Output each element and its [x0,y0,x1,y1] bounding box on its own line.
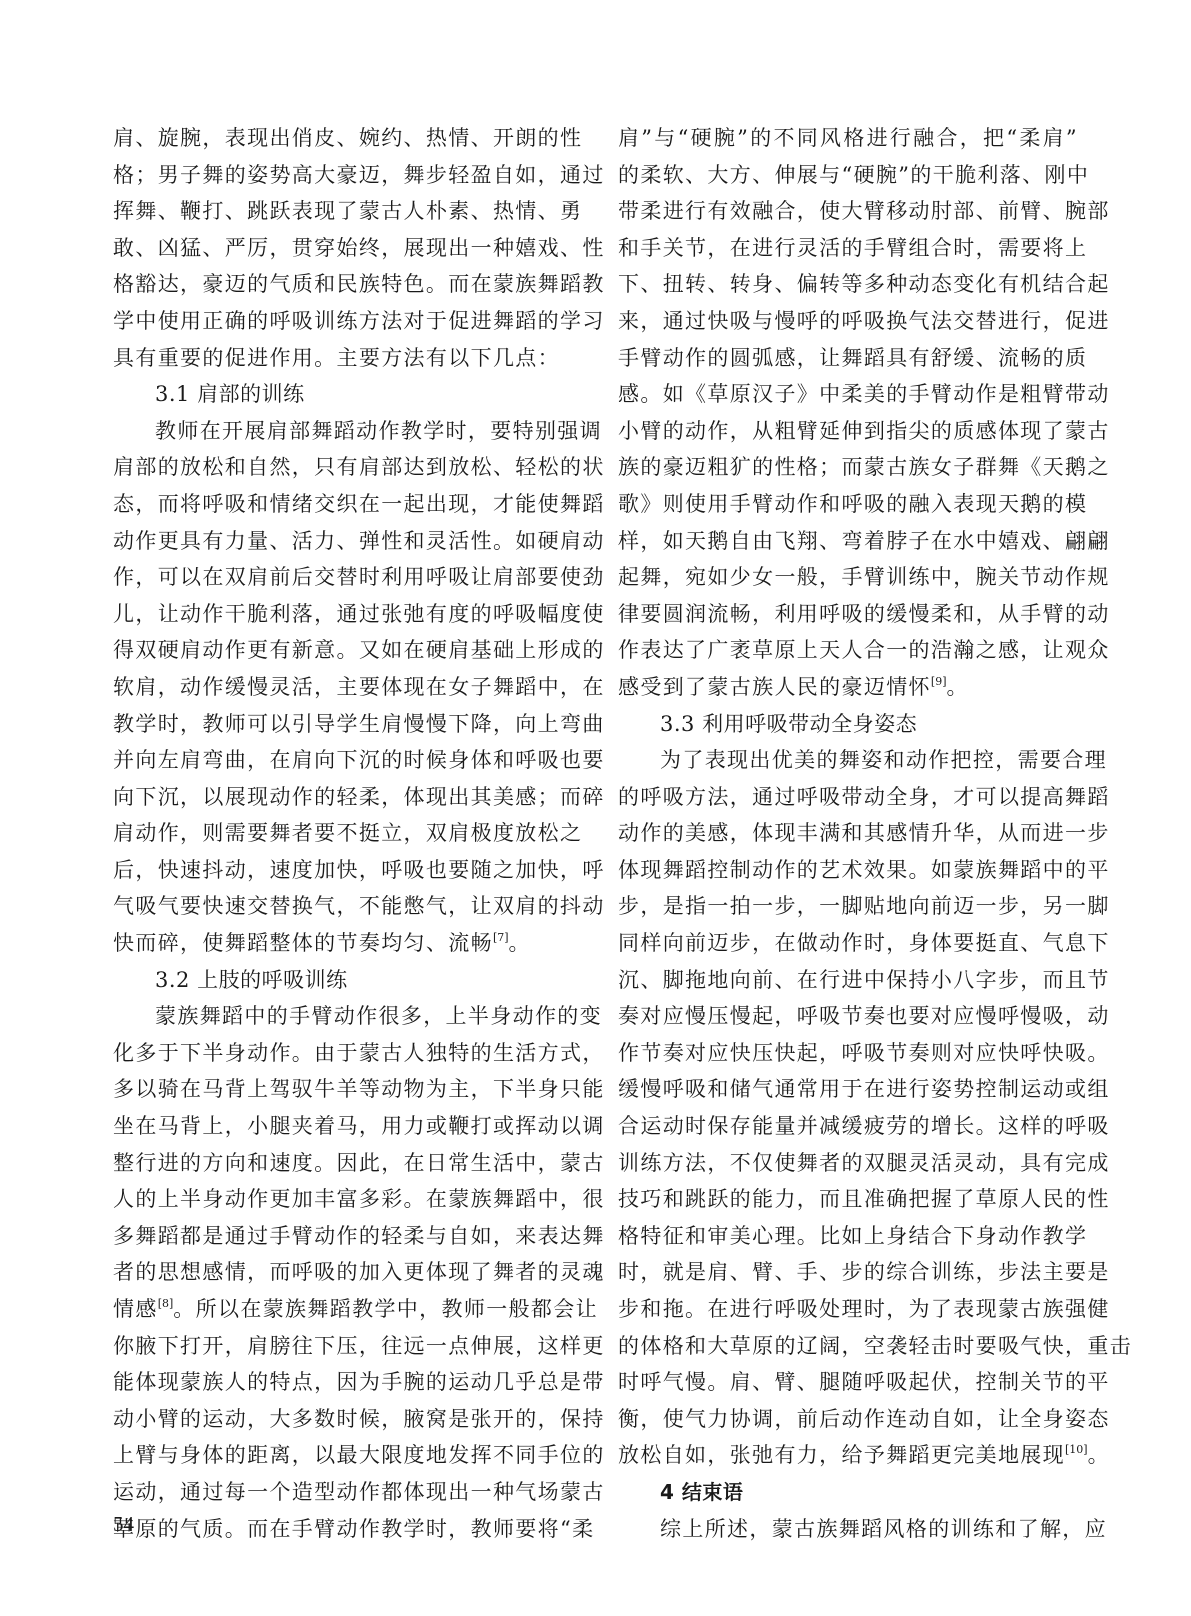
line-text: 动作更具有力量、活力、弹性和灵活性。如硬肩动 [113,529,605,553]
line-text: 奏对应慢压慢起，呼吸节奏也要对应慢呼慢吸，动 [618,1004,1110,1028]
line-text: 技巧和跳跃的能力，而且准确把握了草原人民的性 [618,1187,1110,1211]
line-text: 草原的气质。而在手臂动作教学时，教师要将“柔 [113,1517,594,1541]
line-text: 软肩，动作缓慢灵活，主要体现在女子舞蹈中，在 [113,675,605,699]
text-line: 下、扭转、转身、偏转等多种动态变化有机结合起 [618,266,1078,303]
text-line: 态，而将呼吸和情绪交织在一起出现，才能使舞蹈 [113,486,573,523]
line-text: 族的豪迈粗犷的性格；而蒙古族女子群舞《天鹅之 [618,455,1110,479]
text-line: 缓慢呼吸和储气通常用于在进行姿势控制运动或组 [618,1071,1078,1108]
line-text: 4 结束语 [660,1480,743,1504]
line-text: 情感 [113,1297,158,1321]
text-line: 沉、脚拖地向前、在行进中保持小八字步，而且节 [618,962,1078,999]
line-text-continued: 。 [947,675,969,699]
text-line: 动作更具有力量、活力、弹性和灵活性。如硬肩动 [113,523,573,560]
line-text: 放松自如，张弛有力，给予舞蹈更完美地展现 [618,1443,1065,1467]
line-text: 手臂动作的圆弧感，让舞蹈具有舒缓、流畅的质 [618,346,1087,370]
text-line: 同样向前迈步，在做动作时，身体要挺直、气息下 [618,925,1078,962]
line-text: 样，如天鹅自由飞翔、弯着脖子在水中嬉戏、翩翩 [618,529,1110,553]
text-line: 体现舞蹈控制动作的艺术效果。如蒙族舞蹈中的平 [618,852,1078,889]
text-line: 你腋下打开，肩膀往下压，往远一点伸展，这样更 [113,1328,573,1365]
text-line: 化多于下半身动作。由于蒙古人独特的生活方式， [113,1035,573,1072]
text-line: 能体现蒙族人的特点，因为手腕的运动几乎总是带 [113,1364,573,1401]
line-text: 多舞蹈都是通过手臂动作的轻柔与自如，来表达舞 [113,1224,605,1248]
text-line: 合运动时保存能量并减缓疲劳的增长。这样的呼吸 [618,1108,1078,1145]
line-text: 肩”与“硬腕”的不同风格进行融合，把“柔肩” [618,126,1078,150]
line-text: 格；男子舞的姿势高大豪迈，舞步轻盈自如，通过 [113,163,605,187]
text-line: 的体格和大草原的辽阔，空袭轻击时要吸气快，重击 [618,1328,1078,1365]
line-text: 沉、脚拖地向前、在行进中保持小八字步，而且节 [618,968,1110,992]
line-text: 肩部的放松和自然，只有肩部达到放松、轻松的状 [113,455,605,479]
section-heading: 3.2 上肢的呼吸训练 [113,962,573,999]
line-text: 和手关节，在进行灵活的手臂组合时，需要将上 [618,236,1087,260]
section-heading: 4 结束语 [618,1474,1078,1511]
text-line: 多以骑在马背上驾驭牛羊等动物为主，下半身只能 [113,1071,573,1108]
text-line: 小臂的动作，从粗臂延伸到指尖的质感体现了蒙古 [618,413,1078,450]
text-line: 上臂与身体的距离，以最大限度地发挥不同手位的 [113,1437,573,1474]
text-line: 格；男子舞的姿势高大豪迈，舞步轻盈自如，通过 [113,157,573,194]
line-text: 蒙族舞蹈中的手臂动作很多，上半身动作的变 [155,1004,602,1028]
line-text: 向下沉，以展现动作的轻柔，体现出其美感；而碎 [113,785,605,809]
text-line: 放松自如，张弛有力，给予舞蹈更完美地展现[10]。 [618,1437,1078,1474]
line-text: 小臂的动作，从粗臂延伸到指尖的质感体现了蒙古 [618,419,1110,443]
line-text: 快而碎，使舞蹈整体的节奏均匀、流畅 [113,931,493,955]
text-line: 感受到了蒙古族人民的豪迈情怀[9]。 [618,669,1078,706]
text-line: 肩、旋腕，表现出俏皮、婉约、热情、开朗的性 [113,120,573,157]
citation-marker: [8] [158,1297,174,1310]
text-line: 学中使用正确的呼吸训练方法对于促进舞蹈的学习 [113,303,573,340]
line-text: 肩动作，则需要舞者要不挺立，双肩极度放松之 [113,821,582,845]
paragraph-first-line: 蒙族舞蹈中的手臂动作很多，上半身动作的变 [113,998,573,1035]
line-text-continued: 。 [1088,1443,1110,1467]
text-line: 者的思想感情，而呼吸的加入更体现了舞者的灵魂 [113,1254,573,1291]
text-line: 并向左肩弯曲，在肩向下沉的时候身体和呼吸也要 [113,742,573,779]
text-line: 儿，让动作干脆利落，通过张弛有度的呼吸幅度使 [113,596,573,633]
text-line: 肩部的放松和自然，只有肩部达到放松、轻松的状 [113,449,573,486]
text-line: 教学时，教师可以引导学生肩慢慢下降，向上弯曲 [113,706,573,743]
line-text: 歌》则使用手臂动作和呼吸的融入表现天鹅的模 [618,492,1087,516]
section-heading: 3.1 肩部的训练 [113,376,573,413]
text-line: 情感[8]。所以在蒙族舞蹈教学中，教师一般都会让 [113,1291,573,1328]
line-text: 综上所述，蒙古族舞蹈风格的训练和了解，应 [660,1517,1107,1541]
page-number: 54 [113,1512,134,1536]
text-line: 和手关节，在进行灵活的手臂组合时，需要将上 [618,230,1078,267]
text-line: 律要圆润流畅，利用呼吸的缓慢柔和，从手臂的动 [618,596,1078,633]
line-text: 3.3 利用呼吸带动全身姿态 [660,712,917,736]
text-line: 步，是指一拍一步，一脚贴地向前迈一步，另一脚 [618,888,1078,925]
text-line: 带柔进行有效融合，使大臂移动肘部、前臂、腕部 [618,193,1078,230]
line-text: 合运动时保存能量并减缓疲劳的增长。这样的呼吸 [618,1114,1110,1138]
line-text: 步和拖。在进行呼吸处理时，为了表现蒙古族强健 [618,1297,1110,1321]
line-text: 的呼吸方法，通过呼吸带动全身，才可以提高舞蹈 [618,785,1110,809]
line-text: 整行进的方向和速度。因此，在日常生活中，蒙古 [113,1151,605,1175]
citation-marker: [9] [931,675,947,688]
line-text: 同样向前迈步，在做动作时，身体要挺直、气息下 [618,931,1110,955]
text-line: 运动，通过每一个造型动作都体现出一种气场蒙古 [113,1474,573,1511]
line-text: 动小臂的运动，大多数时候，腋窝是张开的，保持 [113,1407,605,1431]
line-text: 动作的美感，体现丰满和其感情升华，从而进一步 [618,821,1110,845]
text-line: 格特征和审美心理。比如上身结合下身动作教学 [618,1218,1078,1255]
line-text: 感受到了蒙古族人民的豪迈情怀 [618,675,931,699]
line-text: 并向左肩弯曲，在肩向下沉的时候身体和呼吸也要 [113,748,605,772]
line-text: 体现舞蹈控制动作的艺术效果。如蒙族舞蹈中的平 [618,858,1110,882]
text-line: 技巧和跳跃的能力，而且准确把握了草原人民的性 [618,1181,1078,1218]
line-text: 上臂与身体的距离，以最大限度地发挥不同手位的 [113,1443,605,1467]
paragraph-first-line: 教师在开展肩部舞蹈动作教学时，要特别强调 [113,413,573,450]
line-text: 3.1 肩部的训练 [155,382,305,406]
text-line: 奏对应慢压慢起，呼吸节奏也要对应慢呼慢吸，动 [618,998,1078,1035]
text-line: 动作的美感，体现丰满和其感情升华，从而进一步 [618,815,1078,852]
text-line: 软肩，动作缓慢灵活，主要体现在女子舞蹈中，在 [113,669,573,706]
text-line: 向下沉，以展现动作的轻柔，体现出其美感；而碎 [113,779,573,816]
line-text: 起舞，宛如少女一般，手臂训练中，腕关节动作规 [618,565,1110,589]
text-line: 多舞蹈都是通过手臂动作的轻柔与自如，来表达舞 [113,1218,573,1255]
line-text: 的柔软、大方、伸展与“硬腕”的干脆利落、刚中 [618,163,1089,187]
text-line: 手臂动作的圆弧感，让舞蹈具有舒缓、流畅的质 [618,340,1078,377]
text-line: 快而碎，使舞蹈整体的节奏均匀、流畅[7]。 [113,925,573,962]
line-text: 气吸气要快速交替换气，不能憋气，让双肩的抖动 [113,894,605,918]
line-text: 具有重要的促进作用。主要方法有以下几点： [113,346,560,370]
line-text: 带柔进行有效融合，使大臂移动肘部、前臂、腕部 [618,199,1110,223]
text-line: 作表达了广袤草原上天人合一的浩瀚之感，让观众 [618,632,1078,669]
line-text: 下、扭转、转身、偏转等多种动态变化有机结合起 [618,272,1110,296]
text-line: 起舞，宛如少女一般，手臂训练中，腕关节动作规 [618,559,1078,596]
text-line: 草原的气质。而在手臂动作教学时，教师要将“柔 [113,1511,573,1548]
left-text-column: 肩、旋腕，表现出俏皮、婉约、热情、开朗的性格；男子舞的姿势高大豪迈，舞步轻盈自如… [113,120,573,1547]
paragraph-first-line: 综上所述，蒙古族舞蹈风格的训练和了解，应 [618,1511,1078,1548]
text-line: 衡，使气力协调，前后动作连动自如，让全身姿态 [618,1401,1078,1438]
text-line: 坐在马背上，小腿夹着马，用力或鞭打或挥动以调 [113,1108,573,1145]
text-line: 动小臂的运动，大多数时候，腋窝是张开的，保持 [113,1401,573,1438]
line-text: 3.2 上肢的呼吸训练 [155,968,348,992]
text-line: 的呼吸方法，通过呼吸带动全身，才可以提高舞蹈 [618,779,1078,816]
text-line: 步和拖。在进行呼吸处理时，为了表现蒙古族强健 [618,1291,1078,1328]
line-text-continued: 。 [509,931,531,955]
line-text: 感。如《草原汉子》中柔美的手臂动作是粗臂带动 [618,382,1110,406]
line-text: 敢、凶猛、严厉，贯穿始终，展现出一种嬉戏、性 [113,236,605,260]
line-text: 教师在开展肩部舞蹈动作教学时，要特别强调 [155,419,602,443]
text-line: 族的豪迈粗犷的性格；而蒙古族女子群舞《天鹅之 [618,449,1078,486]
line-text: 格豁达，豪迈的气质和民族特色。而在蒙族舞蹈教 [113,272,605,296]
line-text: 学中使用正确的呼吸训练方法对于促进舞蹈的学习 [113,309,605,333]
text-line: 作节奏对应快压快起，呼吸节奏则对应快呼快吸。 [618,1035,1078,1072]
line-text: 训练方法，不仅使舞者的双腿灵活灵动，具有完成 [618,1151,1110,1175]
line-text-continued: 。所以在蒙族舞蹈教学中，教师一般都会让 [173,1297,598,1321]
line-text: 得双硬肩动作更有新意。又如在硬肩基础上形成的 [113,638,605,662]
line-text: 缓慢呼吸和储气通常用于在进行姿势控制运动或组 [618,1077,1110,1101]
right-text-column: 肩”与“硬腕”的不同风格进行融合，把“柔肩”的柔软、大方、伸展与“硬腕”的干脆利… [618,120,1078,1547]
text-line: 时呼气慢。肩、臂、腿随呼吸起伏，控制关节的平 [618,1364,1078,1401]
text-line: 气吸气要快速交替换气，不能憋气，让双肩的抖动 [113,888,573,925]
line-text: 你腋下打开，肩膀往下压，往远一点伸展，这样更 [113,1334,605,1358]
line-text: 肩、旋腕，表现出俏皮、婉约、热情、开朗的性 [113,126,582,150]
line-text: 作节奏对应快压快起，呼吸节奏则对应快呼快吸。 [618,1041,1110,1065]
text-line: 歌》则使用手臂动作和呼吸的融入表现天鹅的模 [618,486,1078,523]
text-line: 整行进的方向和速度。因此，在日常生活中，蒙古 [113,1145,573,1182]
line-text: 挥舞、鞭打、跳跃表现了蒙古人朴素、热情、勇 [113,199,582,223]
line-text: 后，快速抖动，速度加快，呼吸也要随之加快，呼 [113,858,605,882]
line-text: 律要圆润流畅，利用呼吸的缓慢柔和，从手臂的动 [618,602,1110,626]
line-text: 作表达了广袤草原上天人合一的浩瀚之感，让观众 [618,638,1110,662]
line-text: 态，而将呼吸和情绪交织在一起出现，才能使舞蹈 [113,492,605,516]
text-line: 后，快速抖动，速度加快，呼吸也要随之加快，呼 [113,852,573,889]
line-text: 来，通过快吸与慢呼的呼吸换气法交替进行，促进 [618,309,1110,333]
line-text: 能体现蒙族人的特点，因为手腕的运动几乎总是带 [113,1370,605,1394]
text-line: 肩”与“硬腕”的不同风格进行融合，把“柔肩” [618,120,1078,157]
text-line: 具有重要的促进作用。主要方法有以下几点： [113,340,573,377]
line-text: 坐在马背上，小腿夹着马，用力或鞭打或挥动以调 [113,1114,605,1138]
text-line: 格豁达，豪迈的气质和民族特色。而在蒙族舞蹈教 [113,266,573,303]
text-line: 训练方法，不仅使舞者的双腿灵活灵动，具有完成 [618,1145,1078,1182]
text-line: 来，通过快吸与慢呼的呼吸换气法交替进行，促进 [618,303,1078,340]
line-text: 时呼气慢。肩、臂、腿随呼吸起伏，控制关节的平 [618,1370,1110,1394]
line-text: 儿，让动作干脆利落，通过张弛有度的呼吸幅度使 [113,602,605,626]
line-text: 格特征和审美心理。比如上身结合下身动作教学 [618,1224,1087,1248]
line-text: 化多于下半身动作。由于蒙古人独特的生活方式， [113,1041,605,1065]
text-line: 挥舞、鞭打、跳跃表现了蒙古人朴素、热情、勇 [113,193,573,230]
text-line: 作，可以在双肩前后交替时利用呼吸让肩部要使劲 [113,559,573,596]
paragraph-first-line: 为了表现出优美的舞姿和动作把控，需要合理 [618,742,1078,779]
text-line: 人的上半身动作更加丰富多彩。在蒙族舞蹈中，很 [113,1181,573,1218]
line-text: 的体格和大草原的辽阔，空袭轻击时要吸气快，重击 [618,1334,1132,1358]
line-text: 教学时，教师可以引导学生肩慢慢下降，向上弯曲 [113,712,605,736]
text-line: 样，如天鹅自由飞翔、弯着脖子在水中嬉戏、翩翩 [618,523,1078,560]
line-text: 衡，使气力协调，前后动作连动自如，让全身姿态 [618,1407,1110,1431]
line-text: 作，可以在双肩前后交替时利用呼吸让肩部要使劲 [113,565,605,589]
text-line: 肩动作，则需要舞者要不挺立，双肩极度放松之 [113,815,573,852]
text-line: 敢、凶猛、严厉，贯穿始终，展现出一种嬉戏、性 [113,230,573,267]
text-line: 时，就是肩、臂、手、步的综合训练，步法主要是 [618,1254,1078,1291]
citation-marker: [7] [493,931,509,944]
line-text: 人的上半身动作更加丰富多彩。在蒙族舞蹈中，很 [113,1187,605,1211]
line-text: 为了表现出优美的舞姿和动作把控，需要合理 [660,748,1107,772]
citation-marker: [10] [1065,1443,1088,1456]
text-line: 感。如《草原汉子》中柔美的手臂动作是粗臂带动 [618,376,1078,413]
line-text: 者的思想感情，而呼吸的加入更体现了舞者的灵魂 [113,1260,605,1284]
text-line: 的柔软、大方、伸展与“硬腕”的干脆利落、刚中 [618,157,1078,194]
line-text: 运动，通过每一个造型动作都体现出一种气场蒙古 [113,1480,605,1504]
text-line: 得双硬肩动作更有新意。又如在硬肩基础上形成的 [113,632,573,669]
section-heading: 3.3 利用呼吸带动全身姿态 [618,706,1078,743]
line-text: 多以骑在马背上驾驭牛羊等动物为主，下半身只能 [113,1077,605,1101]
line-text: 时，就是肩、臂、手、步的综合训练，步法主要是 [618,1260,1110,1284]
line-text: 步，是指一拍一步，一脚贴地向前迈一步，另一脚 [618,894,1110,918]
